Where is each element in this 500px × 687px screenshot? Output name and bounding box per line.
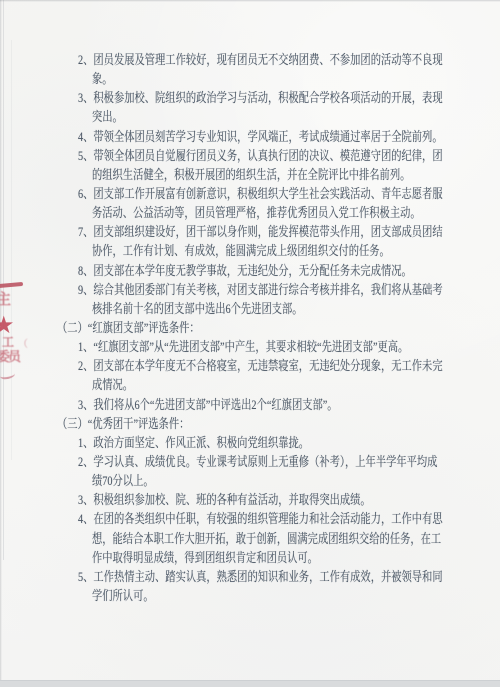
text-line: 2、学习认真、成绩优良。专业课考试原则上无重修（补考），上年半学年平均成 bbox=[0, 452, 500, 471]
text-line: 6、团支部工作开展富有创新意识，积极组织大学生社会实践活动、青年志愿者服 bbox=[0, 184, 500, 203]
text-line-content: 3、积极组织参加校、院、班的各种有益活动，并取得突出成绩。 bbox=[78, 490, 371, 509]
text-line: 成情况。 bbox=[0, 375, 500, 394]
text-line: 3、积极参加校、院组织的政治学习与活动，积极配合学校各项活动的开展，表现 bbox=[0, 88, 500, 107]
text-line-content: 3、我们将从6个“先进团支部”中评选出2个“红旗团支部”。 bbox=[78, 395, 338, 414]
document-lines: 2、团员发展及管理工作较好，现有团员无不交纳团费、不参加团的活动等不良现象。3、… bbox=[0, 0, 500, 605]
text-line-content: 1、政治方面坚定、作风正派、积极向党组织靠拢。 bbox=[78, 433, 309, 452]
text-line: 7、团支部组织建设好，团干部以身作则，能发挥模范带头作用，团支部成员团结 bbox=[0, 222, 500, 241]
text-line-content: （三）“优秀团干”评选条件： bbox=[57, 414, 189, 433]
text-line: 5、带领全体团员自觉履行团员义务，认真执行团的决议、模范遵守团的纪律，团 bbox=[0, 146, 500, 165]
text-line-content: 2、团员发展及管理工作较好，现有团员无不交纳团费、不参加团的活动等不良现 bbox=[78, 50, 443, 69]
text-line: 想，能结合本职工作大胆开拓，敢于创新，圆满完成团组织交给的任务，在工 bbox=[0, 529, 500, 548]
text-line: 务活动、公益活动等，团员管理严格，推荐优秀团员入党工作积极主动。 bbox=[0, 203, 500, 222]
text-line-content: 7、团支部组织建设好，团干部以身作则，能发挥模范带头作用，团支部成员团结 bbox=[78, 222, 443, 241]
text-line-content: 8、团支部在本学年度无教学事故，无违纪处分，无分配任务未完成情况。 bbox=[78, 261, 412, 280]
text-line: 2、团支部在本学年度无不合格寝室，无违禁寝室，无违纪处分现象，无工作未完 bbox=[0, 356, 500, 375]
text-line: 3、我们将从6个“先进团支部”中评选出2个“红旗团支部”。 bbox=[0, 395, 500, 414]
text-line-content: 核排名前十名的团支部中选出6个先进团支部。 bbox=[92, 299, 303, 318]
text-line: （二）“红旗团支部”评选条件： bbox=[0, 318, 500, 337]
text-line-content: 务活动、公益活动等，团员管理严格，推荐优秀团员入党工作积极主动。 bbox=[92, 203, 421, 222]
text-line: 学们所认可。 bbox=[0, 586, 500, 605]
text-line: 9、综合其他团委部门有关考核，对团支部进行综合考核并排名，我们将从基础考 bbox=[0, 280, 500, 299]
text-line-content: 4、在团的各类组织中任职，有较强的组织管理能力和社会活动能力，工作中有思 bbox=[78, 509, 443, 528]
text-line-content: 9、综合其他团委部门有关考核，对团支部进行综合考核并排名，我们将从基础考 bbox=[78, 280, 443, 299]
text-line-content: 绩70分以上。 bbox=[92, 471, 154, 490]
text-line-content: 成情况。 bbox=[92, 375, 133, 394]
text-line: 协作，工作有计划、有成效，能圆满完成上级团组织交付的任务。 bbox=[0, 241, 500, 260]
text-line-content: 协作，工作有计划、有成效，能圆满完成上级团组织交付的任务。 bbox=[92, 241, 390, 260]
text-line-content: （二）“红旗团支部”评选条件： bbox=[57, 318, 200, 337]
text-line-content: 的组织生活健全，积极开展团的组织生活，并在全院评比中排名前列。 bbox=[92, 165, 410, 184]
text-line: 4、带领全体团员刻苦学习专业知识，学风端正，考试成绩通过率居于全院前列。 bbox=[0, 127, 500, 146]
text-line-content: 突出。 bbox=[92, 107, 123, 126]
text-line-content: 1、“红旗团支部”从“先进团支部”中产生，其要求相较“先进团支部”更高。 bbox=[78, 337, 408, 356]
text-line: 4、在团的各类组织中任职，有较强的组织管理能力和社会活动能力，工作中有思 bbox=[0, 509, 500, 528]
text-line-content: 学们所认可。 bbox=[92, 586, 154, 605]
text-line-content: 想，能结合本职工作大胆开拓，敢于创新，圆满完成团组织交给的任务，在工 bbox=[92, 529, 441, 548]
text-line-content: 2、学习认真、成绩优良。专业课考试原则上无重修（补考），上年半学年平均成 bbox=[78, 452, 437, 471]
text-line: 的组织生活健全，积极开展团的组织生活，并在全院评比中排名前列。 bbox=[0, 165, 500, 184]
text-line: 突出。 bbox=[0, 107, 500, 126]
text-line: 作中取得明显成绩，得到团组织肯定和团员认可。 bbox=[0, 548, 500, 567]
text-line: 1、政治方面坚定、作风正派、积极向党组织靠拢。 bbox=[0, 433, 500, 452]
text-line-content: 2、团支部在本学年度无不合格寝室，无违禁寝室，无违纪处分现象，无工作未完 bbox=[78, 356, 443, 375]
text-line-content: 作中取得明显成绩，得到团组织肯定和团员认可。 bbox=[92, 548, 318, 567]
text-line: 象。 bbox=[0, 69, 500, 88]
text-line-content: 5、工作热情主动、踏实认真，熟悉团的知识和业务，工作有成效，并被领导和同 bbox=[78, 567, 443, 586]
text-line-content: 6、团支部工作开展富有创新意识，积极组织大学生社会实践活动、青年志愿者服 bbox=[78, 184, 443, 203]
text-line-content: 象。 bbox=[92, 69, 113, 88]
text-line: 1、“红旗团支部”从“先进团支部”中产生，其要求相较“先进团支部”更高。 bbox=[0, 337, 500, 356]
text-line-content: 4、带领全体团员刻苦学习专业知识，学风端正，考试成绩通过率居于全院前列。 bbox=[78, 127, 443, 146]
text-line: 5、工作热情主动、踏实认真，熟悉团的知识和业务，工作有成效，并被领导和同 bbox=[0, 567, 500, 586]
text-line: 8、团支部在本学年度无教学事故，无违纪处分，无分配任务未完成情况。 bbox=[0, 261, 500, 280]
text-line: 2、团员发展及管理工作较好，现有团员无不交纳团费、不参加团的活动等不良现 bbox=[0, 50, 500, 69]
text-line-content: 3、积极参加校、院组织的政治学习与活动，积极配合学校各项活动的开展，表现 bbox=[78, 88, 443, 107]
text-line: （三）“优秀团干”评选条件： bbox=[0, 414, 500, 433]
text-line: 3、积极组织参加校、院、班的各种有益活动，并取得突出成绩。 bbox=[0, 490, 500, 509]
scanned-page: 2、团员发展及管理工作较好，现有团员无不交纳团费、不参加团的活动等不良现象。3、… bbox=[0, 0, 500, 687]
text-line: 核排名前十名的团支部中选出6个先进团支部。 bbox=[0, 299, 500, 318]
text-line-content: 5、带领全体团员自觉履行团员义务，认真执行团的决议、模范遵守团的纪律，团 bbox=[78, 146, 443, 165]
text-line: 绩70分以上。 bbox=[0, 471, 500, 490]
scan-edge-bottom bbox=[0, 680, 500, 687]
